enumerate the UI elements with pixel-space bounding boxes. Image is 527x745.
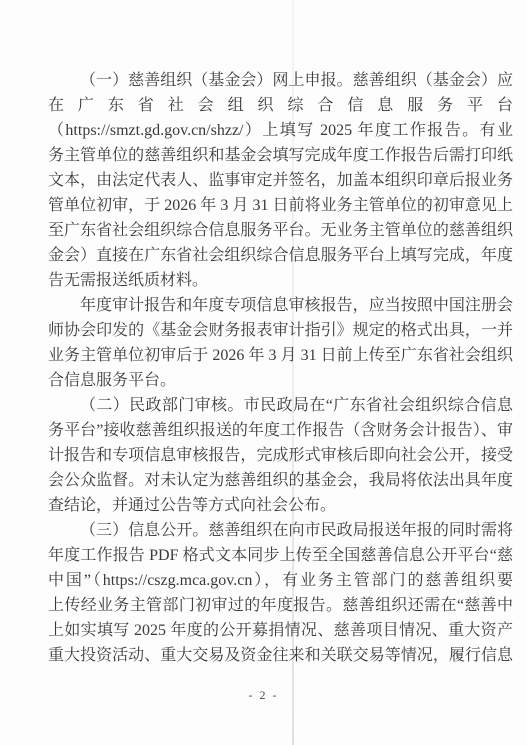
scanned-page: （一）慈善组织（基金会）网上申报。慈善组织（基金会）应当在广东省社会组织综合信息… bbox=[0, 0, 527, 745]
text-line: 至广东省社会组织综合信息服务平台。无业务主管单位的慈善组织（基 bbox=[48, 218, 513, 243]
document-body: （一）慈善组织（基金会）网上申报。慈善组织（基金会）应当在广东省社会组织综合信息… bbox=[48, 68, 513, 668]
para-4-information-disclosure: （三）信息公开。慈善组织在向市民政局报送年报的同时需将 2025年度工作报告 P… bbox=[48, 518, 513, 668]
text-line: 计报告和专项信息审核报告，完成形式审核后即向社会公开，接受社 bbox=[48, 443, 513, 468]
page-number: - 2 - bbox=[0, 688, 527, 703]
text-line: 年度工作报告 PDF 格式文本同步上传至全国慈善信息公开平台“慈善 bbox=[48, 543, 513, 568]
text-line: 年度审计报告和年度专项信息审核报告，应当按照中国注册会计 bbox=[48, 293, 513, 318]
text-line: （一）慈善组织（基金会）网上申报。慈善组织（基金会）应当 bbox=[48, 68, 513, 93]
text-line: 在广东省社会组织综合信息服务平台 bbox=[48, 93, 513, 118]
text-line: （https://smzt.gd.gov.cn/shzz/）上填写 2025 年… bbox=[48, 118, 513, 143]
text-line: 务平台”接收慈善组织报送的年度工作报告（含财务会计报告）、审 bbox=[48, 418, 513, 443]
text-line: 管单位初审，于 2026 年 3 月 31 日前将业务主管单位的初审意见上传 bbox=[48, 193, 513, 218]
text-line: 师协会印发的《基金会财务报表审计指引》规定的格式出具，一并送 bbox=[48, 318, 513, 343]
text-line: 务主管单位的慈善组织和基金会填写完成年度工作报告后需打印纸质 bbox=[48, 143, 513, 168]
text-line: 会公众监督。对未认定为慈善组织的基金会，我局将依法出具年度检 bbox=[48, 468, 513, 493]
text-line: 中国”（https://cszg.mca.gov.cn），有业务主管部门的慈善组… bbox=[48, 568, 513, 593]
text-line: （二）民政部门审核。市民政局在“广东省社会组织综合信息服 bbox=[48, 393, 513, 418]
text-line: 合信息服务平台。 bbox=[48, 368, 513, 393]
text-line: 上传经业务主管部门初审过的年度报告。慈善组织还需在“慈善中国” bbox=[48, 593, 513, 618]
text-line: 文本，由法定代表人、监事审定并签名，加盖本组织印章后报业务主 bbox=[48, 168, 513, 193]
text-line: 业务主管单位初审后于 2026 年 3 月 31 日前上传至广东省社会组织综 bbox=[48, 343, 513, 368]
para-1-online-filing: （一）慈善组织（基金会）网上申报。慈善组织（基金会）应当在广东省社会组织综合信息… bbox=[48, 68, 513, 293]
text-line: （三）信息公开。慈善组织在向市民政局报送年报的同时需将 2025 bbox=[48, 518, 513, 543]
text-line: 告无需报送纸质材料。 bbox=[48, 268, 513, 293]
text-line: 重大投资活动、重大交易及资金往来和关联交易等情况，履行信息公 bbox=[48, 643, 513, 668]
text-line: 金会）直接在广东省社会组织综合信息服务平台上填写完成，年度报 bbox=[48, 243, 513, 268]
text-line: 上如实填写 2025 年度的公开募捐情况、慈善项目情况、重大资产变动、 bbox=[48, 618, 513, 643]
text-line: 查结论，并通过公告等方式向社会公布。 bbox=[48, 493, 513, 518]
para-3-civil-affairs-review: （二）民政部门审核。市民政局在“广东省社会组织综合信息服务平台”接收慈善组织报送… bbox=[48, 393, 513, 518]
para-2-audit-report: 年度审计报告和年度专项信息审核报告，应当按照中国注册会计师协会印发的《基金会财务… bbox=[48, 293, 513, 393]
